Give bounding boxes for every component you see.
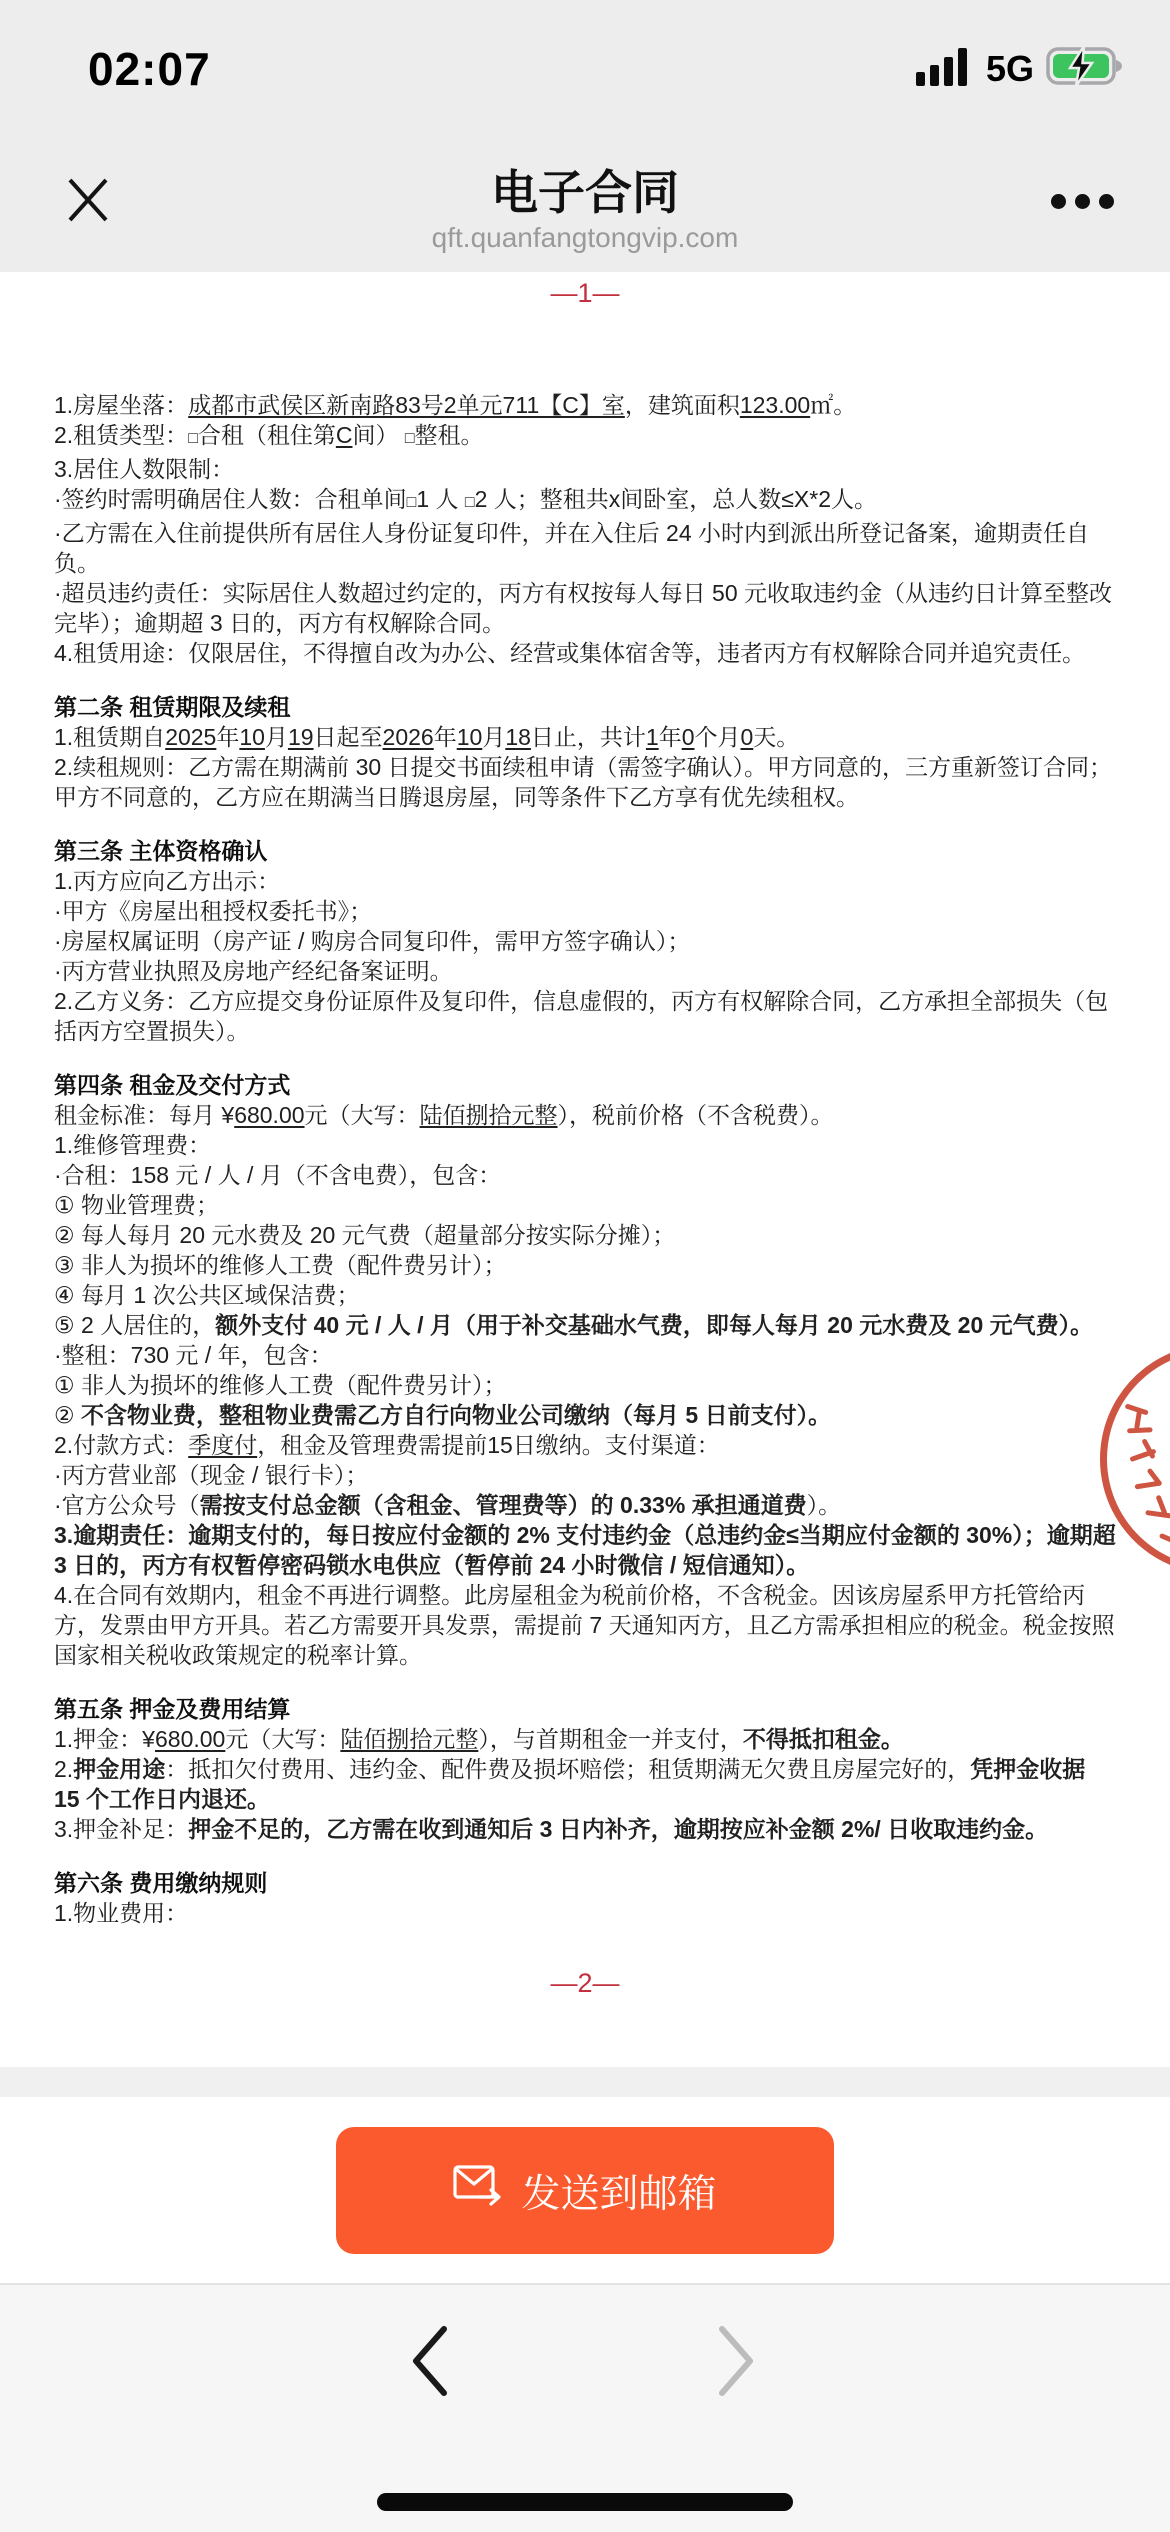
contract-paragraph: 1.丙方应向乙方出示： [54,866,1116,896]
battery-charging-icon [1046,44,1130,93]
page-title: 电子合同 [0,156,1170,223]
browser-toolbar [0,2285,1170,2532]
contract-paragraph: 2.续租规则：乙方需在期满前 30 日提交书面续租申请（需签字确认）。甲方同意的… [54,752,1116,812]
back-button[interactable] [400,2323,464,2399]
phone-screen: { "status_bar": { "time": "02:07", "netw… [0,0,1170,2532]
section-heading: 第五条 押金及费用结算 [54,1694,1116,1724]
contract-paragraph: 2.租赁类型：□合租（租住第C间） □整租。 [54,420,1116,454]
browser-header: 电子合同 qft.quanfangtongvip.com [0,150,1170,272]
contract-paragraph: 1.房屋坐落：成都市武侯区新南路83号2单元711【C】室，建筑面积123.00… [54,390,1116,420]
forward-button[interactable] [702,2323,766,2399]
contract-paragraph: 4.租赁用途：仅限居住，不得擅自改为办公、经营或集体宿舍等，违者丙方有权解除合同… [54,638,1116,668]
contract-paragraph: 1.维修管理费： [54,1130,1116,1160]
ellipsis-dot [1051,194,1066,209]
send-button-label: 发送到邮箱 [521,2163,716,2219]
section-heading: 第三条 主体资格确认 [54,836,1116,866]
page-number-marker: —2— [54,1968,1116,1998]
status-time: 02:07 [88,42,211,96]
contract-paragraph: ③ 非人为损坏的维修人工费（配件费另计）； [54,1250,1116,1280]
contract-paragraph: ② 不含物业费，整租物业费需乙方自行向物业公司缴纳（每月 5 日前支付）。 [54,1400,1116,1430]
contract-paragraph: ·房屋权属证明（房产证 / 购房合同复印件，需甲方签字确认）； [54,926,1116,956]
contract-paragraph: 租金标准：每月 ¥680.00元（大写：陆佰捌拾元整），税前价格（不含税费）。 [54,1100,1116,1130]
contract-paragraph: ·超员违约责任：实际居住人数超过约定的，丙方有权按每人每日 50 元收取违约金（… [54,578,1116,638]
contract-paragraph: 4.在合同有效期内，租金不再进行调整。此房屋租金为税前价格，不含税金。因该房屋系… [54,1580,1116,1670]
contract-paragraph: ·官方公众号（需按支付总金额（含租金、管理费等）的 0.33% 承担通道费）。 [54,1490,1116,1520]
contract-paragraph: ① 物业管理费； [54,1190,1116,1220]
cellular-signal-icon [916,44,974,93]
home-indicator [377,2493,793,2511]
section-heading: 第四条 租金及交付方式 [54,1070,1116,1100]
contract-paragraph: 3.押金补足：押金不足的，乙方需在收到通知后 3 日内补齐，逾期按应补金额 2%… [54,1814,1116,1844]
ellipsis-dot [1075,194,1090,209]
content-bottom-gap [0,2067,1170,2097]
contract-paragraph: ·乙方需在入住前提供所有居住人身份证复印件，并在入住后 24 小时内到派出所登记… [54,518,1116,578]
contract-paragraph: 3.居住人数限制： [54,454,1116,484]
contract-paragraph: 1.物业费用： [54,1898,1116,1928]
page-number-marker: —1— [54,278,1116,308]
page-url: qft.quanfangtongvip.com [0,222,1170,254]
contract-paragraph: 2.乙方义务：乙方应提交身份证原件及复印件，信息虚假的，丙方有权解除合同，乙方承… [54,986,1116,1046]
contract-paragraph: ·整租：730 元 / 年，包含： [54,1340,1116,1370]
network-type-label: 5G [986,48,1034,90]
contract-paragraph: ·签约时需明确居住人数：合租单间□1 人 □2 人；整租共x间卧室，总人数≤X*… [54,484,1116,518]
send-to-email-envelope-icon [453,2165,503,2217]
contract-paragraph: 1.租赁期自2025年10月19日起至2026年10月18日止，共计1年0个月0… [54,722,1116,752]
contract-paragraph: ① 非人为损坏的维修人工费（配件费另计）； [54,1370,1116,1400]
contract-paragraph: ·丙方营业部（现金 / 银行卡）； [54,1460,1116,1490]
contract-paragraph: ·丙方营业执照及房地产经纪备案证明。 [54,956,1116,986]
contract-body: —1—1.房屋坐落：成都市武侯区新南路83号2单元711【C】室，建筑面积123… [0,278,1170,2067]
contract-paragraph: ④ 每月 1 次公共区域保洁费； [54,1280,1116,1310]
section-heading: 第二条 租赁期限及续租 [54,692,1116,722]
contract-paragraph: ⑤ 2 人居住的，额外支付 40 元 / 人 / 月（用于补交基础水气费，即每人… [54,1310,1116,1340]
section-heading: 第六条 费用缴纳规则 [54,1868,1116,1898]
contract-scroll-area[interactable]: —1—1.房屋坐落：成都市武侯区新南路83号2单元711【C】室，建筑面积123… [0,272,1170,2067]
contract-paragraph: 2.付款方式：季度付，租金及管理费需提前15日缴纳。支付渠道： [54,1430,1116,1460]
status-bar: 02:07 5G [0,36,1170,100]
action-bar: 发送到邮箱 [0,2097,1170,2283]
contract-paragraph: ② 每人每月 20 元水费及 20 元气费（超量部分按实际分摊）； [54,1220,1116,1250]
contract-paragraph: 3.逾期责任：逾期支付的，每日按应付金额的 2% 支付违约金（总违约金≤当期应付… [54,1520,1116,1580]
ellipsis-dot [1099,194,1114,209]
more-menu-button[interactable] [1040,186,1124,216]
contract-paragraph: 2.押金用途：抵扣欠付费用、违约金、配件费及损坏赔偿；租赁期满无欠费且房屋完好的… [54,1754,1116,1814]
top-chrome: 02:07 5G [0,0,1170,272]
contract-paragraph: 1.押金：¥680.00元（大写：陆佰捌拾元整），与首期租金一并支付，不得抵扣租… [54,1724,1116,1754]
send-to-email-button[interactable]: 发送到邮箱 [336,2127,834,2254]
contract-paragraph: ·甲方《房屋出租授权委托书》； [54,896,1116,926]
contract-paragraph: ·合租：158 元 / 人 / 月（不含电费），包含： [54,1160,1116,1190]
